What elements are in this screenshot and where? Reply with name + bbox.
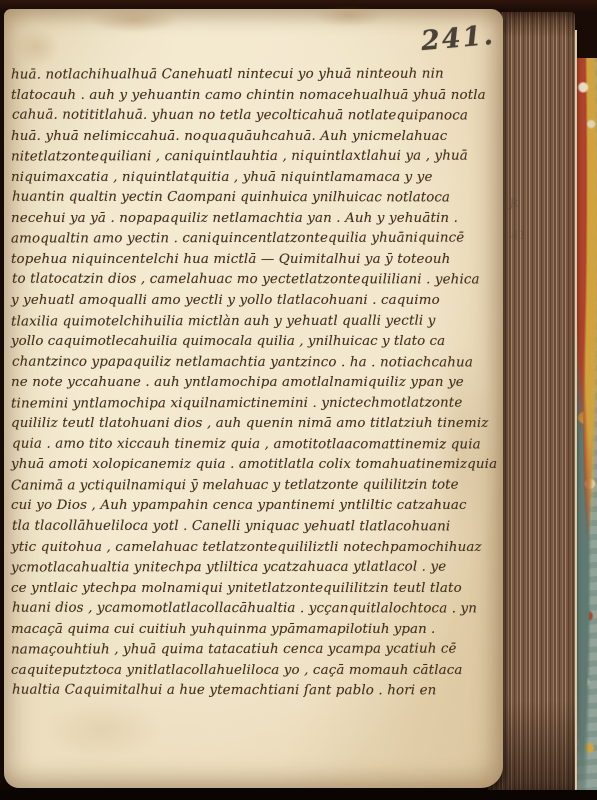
manuscript-line: huā. yhuā nelimiccahuā. noquaquāuhcahuā.… [11,127,499,148]
manuscript-line: y yehuatl amoqualli amo yectli y yollo t… [11,291,499,312]
manuscript-line: to tlatocatzin dios , camelahuac mo yect… [12,270,500,291]
margin-mark: 41 [510,227,527,243]
manuscript-line: quililiz teutl tlatohuani dios , auh que… [11,414,499,435]
manuscript-line: amoqualtin amo yectin . caniquincentlatz… [11,229,499,251]
manuscript-line: Canimā a yctiquilnamiqui ȳ melahuac y te… [11,475,499,497]
manuscript-line: yhuā amoti xolopicanemiz quia . amotitla… [11,455,499,476]
marbled-endpaper [574,58,597,792]
manuscript-line: necehui ya yā . nopapaquiliz netlamachti… [11,209,499,230]
manuscript-line: huā. notlachihualhuā Canehuatl nintecui … [11,64,499,86]
manuscript-line: macaçā quima cui cuitiuh yuhquinma ypāma… [11,620,499,641]
manuscript-line: ne note yccahuane . auh yntlamochipa amo… [11,373,499,394]
manuscript-line: hualtia Caquimitalhui a hue ytemachtiani… [12,681,500,702]
paper-stain [314,5,384,27]
manuscript-line: caquiteputztoca ynitlatlacollahueliloca … [11,661,499,682]
manuscript-line: chantzinco ypapaquiliz netlamachtia yant… [12,352,500,373]
manuscript-line: ce yntlaic ytechpa molnamiqui ynitetlatz… [11,579,499,600]
paper-stain [89,7,179,33]
folio-number: 241. [420,20,496,57]
manuscript-line: tlaxilia quimotelchihuilia mictlàn auh y… [11,311,499,333]
manuscript-text-block: huā. notlachihualhuā Canehuatl nintecui … [11,65,499,702]
manuscript-line: cahuā. notititlahuā. yhuan no tetla yeco… [12,106,500,127]
manuscript-line: namaçouhtiuh , yhuā quima tatacatiuh cen… [11,640,499,662]
manuscript-line: huani dios , ycamomotlatlacollacāhualtia… [12,599,500,620]
manuscript-line: topehua niquincentelchi hua mictlā — Qui… [11,250,499,271]
manuscript-line: ycmotlacahualtia ynitechpa ytliltica yca… [11,558,499,580]
manuscript-line: quia . amo tito xiccauh tinemiz quia , a… [12,434,500,455]
manuscript-line: niquimaxcatia , niquintlatquitia , yhuā … [11,168,499,189]
manuscript-line: ytic quitohua , camelahuac tetlatzontequ… [11,538,499,559]
paper-stain [44,699,164,759]
manuscript-line: cui yo Dios , Auh ypampahin cenca ypanti… [11,496,499,517]
paper-stain [14,27,60,67]
manuscript-line: nitetlatzontequiliani , caniquintlauhtia… [11,147,499,169]
manuscript-line: tlatocauh . auh y yehuantin camo chintin… [11,86,499,107]
manuscript-line: tinemini yntlamochipa xiquilnamictinemin… [11,393,499,415]
photo-bottom-shadow [0,790,597,800]
manuscript-photo: 241. huā. notlachihualhuā Canehuatl nint… [0,0,597,800]
manuscript-page: 241. huā. notlachihualhuā Canehuatl nint… [4,9,503,788]
manuscript-line: huantin qualtin yectin Caompani quinhuic… [12,188,500,209]
manuscript-line: tla tlacollāhueliloca yotl . Canelli yni… [12,517,500,538]
manuscript-line: yollo caquimotlecahuilia quimocala quili… [11,332,499,353]
margin-mark: Jt [508,196,519,211]
